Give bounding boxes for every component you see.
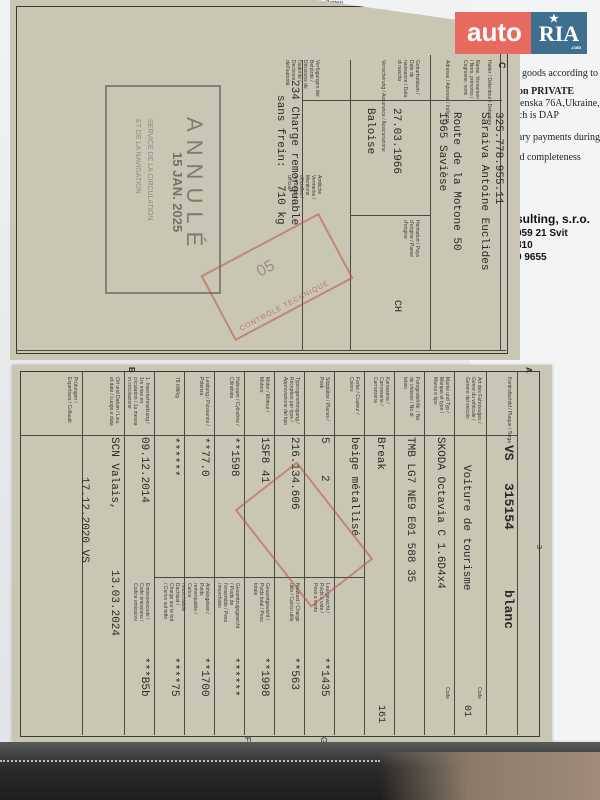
- letter-line: ed goods according to: [510, 68, 598, 79]
- field-label: Farbe / Couleur / Colore: [348, 377, 360, 427]
- engine-code: 1SF8 41: [258, 437, 270, 483]
- field-label: 1. Inverkehrsetzung / 1re mise en circul…: [126, 377, 150, 427]
- field-label: Geburtsdatum / Date de naissance / Data …: [396, 60, 420, 100]
- cancelled-stamp-line: SERVICE DE LA CIRCULATION: [146, 119, 153, 220]
- plate-canton: VS: [501, 445, 516, 461]
- field-label: Motor / Moteur / Motore: [258, 377, 270, 427]
- inspection-date: 17.12.2020 VS: [78, 477, 90, 563]
- logo-auto-text: auto: [455, 12, 531, 54]
- divider: [486, 371, 487, 735]
- birth-date: 27.03.1966: [390, 108, 402, 174]
- field-label: Typengenehmigung / Réception par type / …: [282, 377, 300, 427]
- holder-name: Saraiva Antoine Euclides: [478, 112, 490, 270]
- field-label: Hubraum / Cylindrée / Cilindrata: [228, 377, 240, 427]
- section-letter: B: [127, 367, 136, 373]
- sleeve-stitch: [0, 760, 380, 764]
- divider: [517, 371, 518, 735]
- logo-ria-block: ★ RIA .com: [531, 12, 587, 54]
- displacement: **1598: [228, 437, 240, 477]
- remark-code: 234 Charge remorquable: [288, 80, 300, 225]
- divider: [394, 371, 395, 735]
- divider: [16, 350, 506, 351]
- field-label: Leistung / Puissance / Potenza: [198, 377, 210, 427]
- divider: [20, 435, 518, 436]
- section-letter: A: [524, 367, 533, 373]
- insurer: Baloise: [364, 108, 376, 154]
- registration-document-holder-page: C Halter / Détenteur / Detentore Name, V…: [10, 0, 520, 360]
- holder-address-city: 1965 Savièse: [436, 112, 448, 191]
- train-weight: ******: [228, 657, 240, 697]
- seats-rear: 2: [318, 475, 330, 482]
- field-label: Gesamtzugsgewicht / Poids de l'ensemble …: [216, 583, 240, 623]
- star-icon: ★: [549, 14, 559, 25]
- field-label: Sitzplätze / Places / Posti: [318, 377, 330, 427]
- holder-id-number: 325.778.955.11: [492, 112, 504, 204]
- field-label: Kontrollschild / Plaque / Targa: [506, 377, 512, 443]
- divider: [124, 371, 125, 735]
- make-model: SKODA Octavia C 1.6D4x4: [434, 437, 446, 589]
- vehicle-color: beige métallisé: [348, 437, 360, 536]
- logo-domain: .com: [571, 46, 581, 52]
- registration-document-vehicle-page: A B Kontrollschild / Plaque / Targa Art …: [12, 365, 552, 750]
- field-label: Heimatort / Pays d'origine / Paese d'ori…: [402, 220, 420, 260]
- company-name: sulting, s.r.o.: [516, 212, 590, 226]
- field-label: Dachlast / Charge sur le toit / Carico s…: [162, 583, 180, 623]
- logo-ria-text: RIA: [539, 21, 579, 46]
- seats-front: 5: [318, 437, 330, 444]
- empty-weight: **1435: [318, 657, 330, 697]
- letter-line: ssary payments during: [510, 132, 600, 143]
- plastic-sleeve: [0, 742, 600, 800]
- plate-color: blanc: [501, 590, 516, 629]
- vehicle-type-code: 01: [461, 705, 472, 717]
- company-line: 9 9655: [516, 252, 547, 263]
- plate-number: 315154: [501, 483, 516, 530]
- field-label: Fahrgestell-Nr. / No de châssis / No di …: [402, 377, 420, 427]
- letter-line: vnenska 76A,Ukraine,: [510, 98, 600, 109]
- power: **77.0: [198, 437, 210, 477]
- autoria-logo[interactable]: auto ★ RIA .com: [455, 12, 587, 54]
- field-label: 78 kW/kg: [174, 377, 180, 398]
- nationality: CH: [391, 300, 402, 312]
- remark-value: 710 kg: [274, 185, 286, 225]
- gross-weight: **1998: [258, 657, 270, 697]
- trailer-load: **1700: [198, 657, 210, 697]
- field-label: Code: [444, 687, 450, 699]
- power-weight-ratio: ******: [168, 437, 180, 477]
- inspection-stamp-number: 05: [254, 257, 278, 281]
- field-label: Prüfungen / Expertises / Collaudi: [66, 377, 78, 427]
- divider: [454, 371, 455, 735]
- field-label: Marke und Typ / Marque et type / Marca e…: [432, 377, 450, 427]
- letter-line: and completeness: [510, 152, 581, 163]
- page-marker: 3: [535, 545, 542, 549]
- field-label: Ort und Datum / Lieu et date / Luogo e d…: [108, 377, 120, 427]
- field-label: Versicherung / Assurance / Assicurazione: [380, 60, 386, 152]
- cancelled-stamp-date: 15 JAN. 2025: [170, 152, 185, 232]
- field-label: Karosserie / Carrosserie / Carrozzeria: [372, 377, 390, 427]
- vin: TMB LG7 NE9 E01 588 35: [404, 437, 416, 582]
- field-label: Art des Fahrzeuges / Genre du véhicule /…: [464, 377, 482, 427]
- roof-load: ****75: [168, 657, 180, 697]
- sleeve-edge: [380, 752, 600, 800]
- section-letter: C: [497, 62, 507, 69]
- field-label: Emissionscode / Code émissions / Codice …: [132, 583, 150, 623]
- field-label: Name, Vornamen / Nom, prénoms / Cognome,…: [462, 60, 480, 100]
- cancelled-stamp-line: ET DE LA NAVIGATION: [134, 119, 141, 194]
- cancelled-stamp: ANNULÉ 15 JAN. 2025 SERVICE DE LA CIRCUL…: [105, 85, 221, 294]
- divider: [244, 371, 245, 735]
- body-type: Break: [374, 437, 386, 470]
- company-line: 059 21 Svit: [516, 228, 568, 239]
- divider: [302, 100, 502, 101]
- divider: [350, 60, 351, 350]
- divider: [154, 371, 155, 735]
- divider: [184, 371, 185, 735]
- issuing-office: SCN Valais,: [108, 437, 120, 510]
- field-label: Gesamtgewicht / Poids total / Peso total…: [252, 583, 270, 623]
- body-code: 161: [375, 705, 386, 723]
- divider: [350, 215, 430, 216]
- field-label: Code: [476, 687, 482, 699]
- field-label: Anhängelast / Poids remorquable / Carico…: [180, 583, 210, 623]
- remark-text: sans frein:: [274, 95, 286, 168]
- divider: [424, 371, 425, 735]
- payload: **563: [288, 657, 300, 690]
- emission-code: ***B5b: [138, 657, 150, 697]
- divider: [214, 371, 215, 735]
- first-registration-date: 09.12.2014: [138, 437, 150, 503]
- vehicle-type: Voiture de tourisme: [460, 465, 472, 590]
- holder-address-street: Route de la Motone 50: [450, 112, 462, 251]
- issue-date: 13.03.2024: [108, 570, 120, 636]
